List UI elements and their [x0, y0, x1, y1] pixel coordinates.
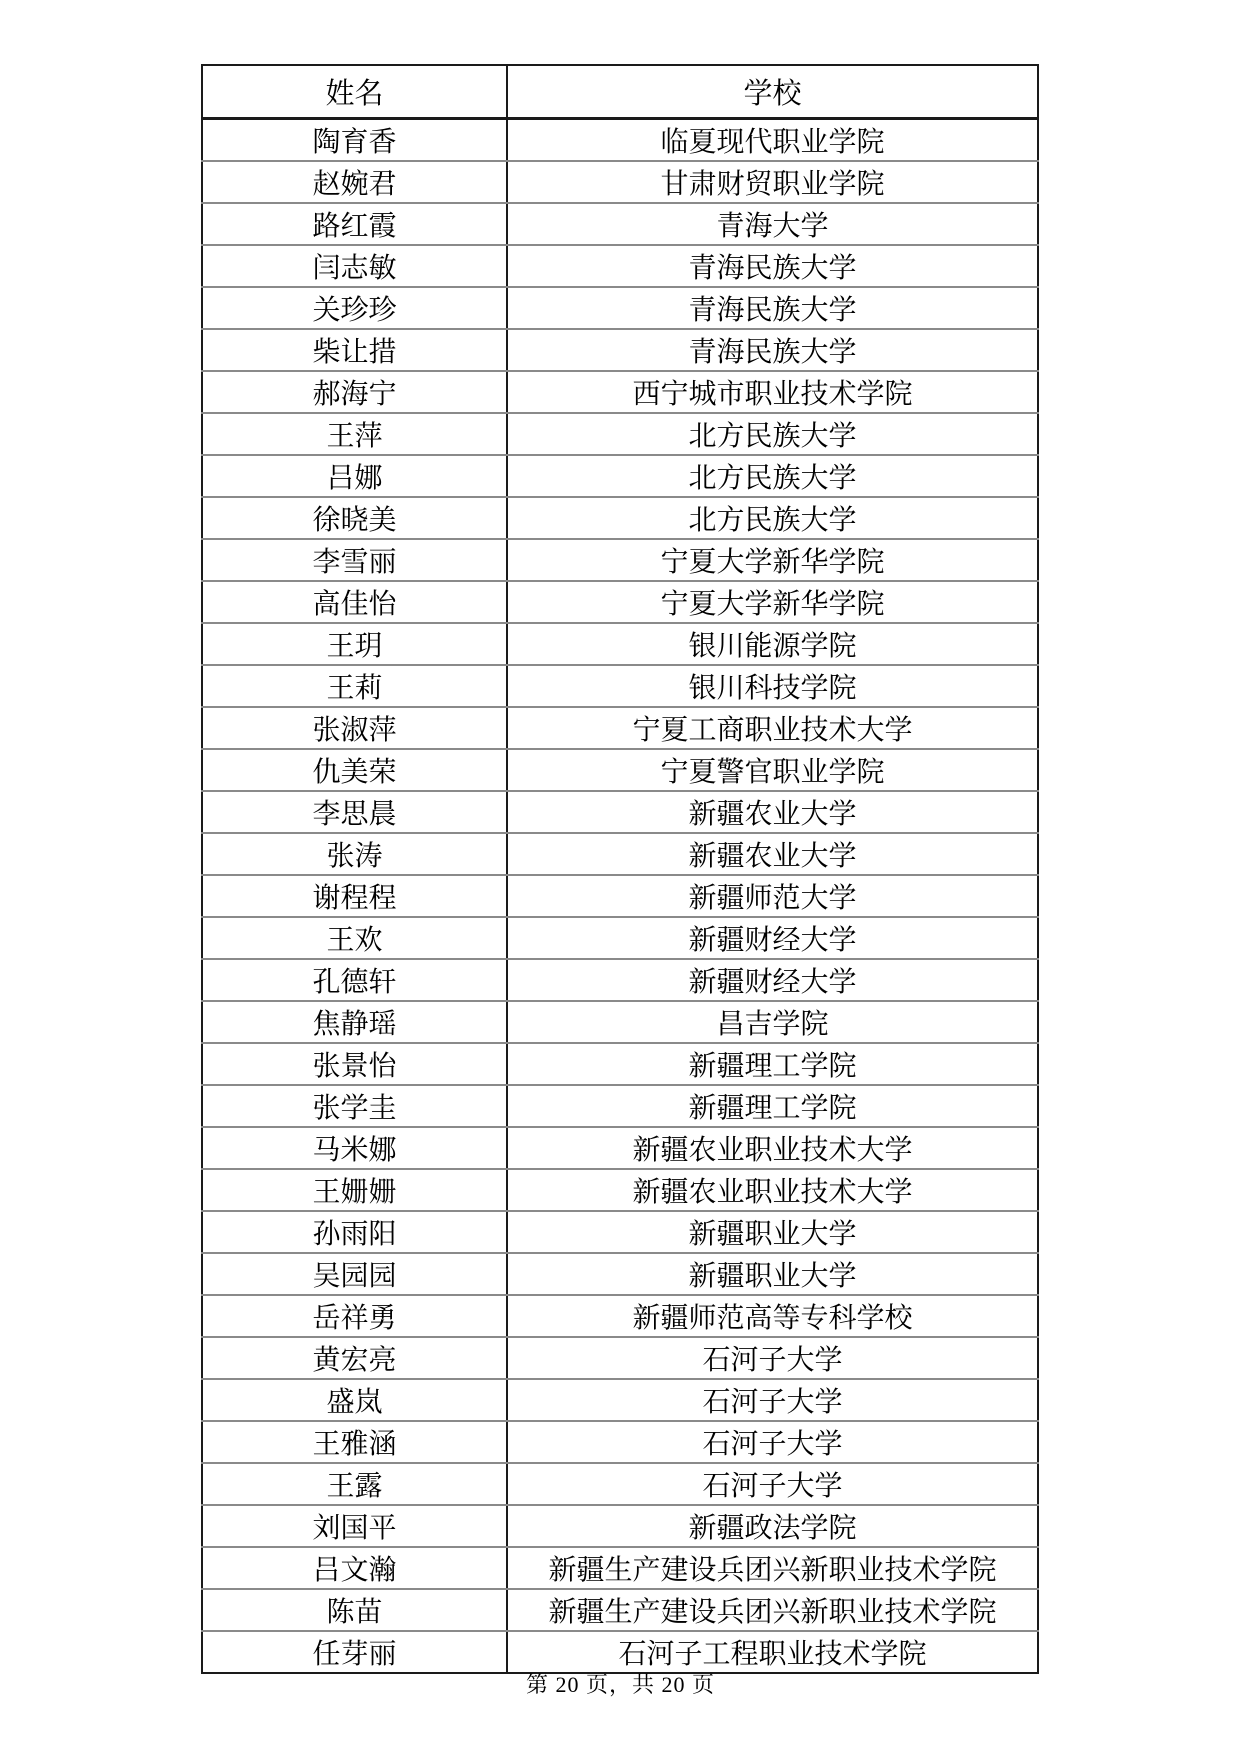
name-cell: 王萍	[202, 413, 507, 455]
table-row: 王萍北方民族大学	[202, 413, 1038, 455]
school-cell: 新疆理工学院	[507, 1043, 1038, 1085]
table-row: 岳祥勇新疆师范高等专科学校	[202, 1295, 1038, 1337]
table-row: 吴园园新疆职业大学	[202, 1253, 1038, 1295]
name-cell: 吕文瀚	[202, 1547, 507, 1589]
school-cell: 新疆理工学院	[507, 1085, 1038, 1127]
school-cell: 新疆生产建设兵团兴新职业技术学院	[507, 1547, 1038, 1589]
name-cell: 刘国平	[202, 1505, 507, 1547]
school-cell: 昌吉学院	[507, 1001, 1038, 1043]
name-cell: 路红霞	[202, 203, 507, 245]
school-cell: 石河子大学	[507, 1421, 1038, 1463]
name-cell: 马米娜	[202, 1127, 507, 1169]
name-cell: 张景怡	[202, 1043, 507, 1085]
name-cell: 孔德轩	[202, 959, 507, 1001]
school-cell: 甘肃财贸职业学院	[507, 161, 1038, 203]
table-row: 张学圭新疆理工学院	[202, 1085, 1038, 1127]
school-cell: 北方民族大学	[507, 497, 1038, 539]
table-row: 闫志敏青海民族大学	[202, 245, 1038, 287]
table-row: 张景怡新疆理工学院	[202, 1043, 1038, 1085]
name-cell: 王莉	[202, 665, 507, 707]
table-row: 王雅涵石河子大学	[202, 1421, 1038, 1463]
table-row: 路红霞青海大学	[202, 203, 1038, 245]
name-cell: 吕娜	[202, 455, 507, 497]
school-cell: 西宁城市职业技术学院	[507, 371, 1038, 413]
school-cell: 新疆生产建设兵团兴新职业技术学院	[507, 1589, 1038, 1631]
column-header-name: 姓名	[202, 65, 507, 119]
table-row: 郝海宁西宁城市职业技术学院	[202, 371, 1038, 413]
school-cell: 临夏现代职业学院	[507, 119, 1038, 162]
name-cell: 岳祥勇	[202, 1295, 507, 1337]
name-cell: 盛岚	[202, 1379, 507, 1421]
name-cell: 张涛	[202, 833, 507, 875]
name-cell: 张淑萍	[202, 707, 507, 749]
table-row: 王欢新疆财经大学	[202, 917, 1038, 959]
name-cell: 徐晓美	[202, 497, 507, 539]
table-row: 关珍珍青海民族大学	[202, 287, 1038, 329]
name-cell: 郝海宁	[202, 371, 507, 413]
table-row: 赵婉君甘肃财贸职业学院	[202, 161, 1038, 203]
name-cell: 孙雨阳	[202, 1211, 507, 1253]
school-cell: 宁夏警官职业学院	[507, 749, 1038, 791]
name-cell: 仇美荣	[202, 749, 507, 791]
school-cell: 新疆农业职业技术大学	[507, 1127, 1038, 1169]
name-cell: 张学圭	[202, 1085, 507, 1127]
name-cell: 焦静瑶	[202, 1001, 507, 1043]
name-cell: 任芽丽	[202, 1631, 507, 1673]
school-cell: 石河子大学	[507, 1379, 1038, 1421]
name-cell: 陈苗	[202, 1589, 507, 1631]
table-row: 孔德轩新疆财经大学	[202, 959, 1038, 1001]
school-cell: 新疆师范大学	[507, 875, 1038, 917]
name-cell: 王欢	[202, 917, 507, 959]
school-cell: 青海民族大学	[507, 329, 1038, 371]
name-cell: 高佳怡	[202, 581, 507, 623]
name-cell: 赵婉君	[202, 161, 507, 203]
table-row: 王玥银川能源学院	[202, 623, 1038, 665]
table-row: 黄宏亮石河子大学	[202, 1337, 1038, 1379]
school-cell: 银川能源学院	[507, 623, 1038, 665]
table-row: 仇美荣宁夏警官职业学院	[202, 749, 1038, 791]
name-cell: 关珍珍	[202, 287, 507, 329]
school-cell: 青海大学	[507, 203, 1038, 245]
table-row: 任芽丽石河子工程职业技术学院	[202, 1631, 1038, 1673]
school-cell: 新疆农业大学	[507, 833, 1038, 875]
name-cell: 黄宏亮	[202, 1337, 507, 1379]
name-cell: 柴让措	[202, 329, 507, 371]
school-cell: 新疆财经大学	[507, 917, 1038, 959]
school-cell: 新疆职业大学	[507, 1253, 1038, 1295]
table-row: 张淑萍宁夏工商职业技术大学	[202, 707, 1038, 749]
school-cell: 石河子大学	[507, 1337, 1038, 1379]
table-row: 徐晓美北方民族大学	[202, 497, 1038, 539]
document-page: 姓名 学校 陶育香临夏现代职业学院赵婉君甘肃财贸职业学院路红霞青海大学闫志敏青海…	[0, 0, 1241, 1754]
name-cell: 王露	[202, 1463, 507, 1505]
name-cell: 王雅涵	[202, 1421, 507, 1463]
table-row: 盛岚石河子大学	[202, 1379, 1038, 1421]
school-cell: 石河子大学	[507, 1463, 1038, 1505]
table-row: 焦静瑶昌吉学院	[202, 1001, 1038, 1043]
roster-table: 姓名 学校 陶育香临夏现代职业学院赵婉君甘肃财贸职业学院路红霞青海大学闫志敏青海…	[201, 64, 1039, 1674]
school-cell: 新疆政法学院	[507, 1505, 1038, 1547]
name-cell: 吴园园	[202, 1253, 507, 1295]
school-cell: 北方民族大学	[507, 455, 1038, 497]
table-row: 李思晨新疆农业大学	[202, 791, 1038, 833]
table-row: 孙雨阳新疆职业大学	[202, 1211, 1038, 1253]
school-cell: 北方民族大学	[507, 413, 1038, 455]
school-cell: 新疆师范高等专科学校	[507, 1295, 1038, 1337]
table-row: 谢程程新疆师范大学	[202, 875, 1038, 917]
table-header: 姓名 学校	[202, 65, 1038, 119]
page-number: 第 20 页，共 20 页	[0, 1668, 1241, 1699]
school-cell: 新疆农业大学	[507, 791, 1038, 833]
table-row: 李雪丽宁夏大学新华学院	[202, 539, 1038, 581]
school-cell: 宁夏大学新华学院	[507, 581, 1038, 623]
name-cell: 王玥	[202, 623, 507, 665]
table-row: 高佳怡宁夏大学新华学院	[202, 581, 1038, 623]
table-row: 王莉银川科技学院	[202, 665, 1038, 707]
school-cell: 宁夏工商职业技术大学	[507, 707, 1038, 749]
table-row: 吕娜北方民族大学	[202, 455, 1038, 497]
name-cell: 闫志敏	[202, 245, 507, 287]
school-cell: 青海民族大学	[507, 245, 1038, 287]
table-row: 王露石河子大学	[202, 1463, 1038, 1505]
name-cell: 谢程程	[202, 875, 507, 917]
name-cell: 王姗姗	[202, 1169, 507, 1211]
school-cell: 新疆财经大学	[507, 959, 1038, 1001]
table-body: 陶育香临夏现代职业学院赵婉君甘肃财贸职业学院路红霞青海大学闫志敏青海民族大学关珍…	[202, 119, 1038, 1674]
table-row: 马米娜新疆农业职业技术大学	[202, 1127, 1038, 1169]
school-cell: 石河子工程职业技术学院	[507, 1631, 1038, 1673]
header-row: 姓名 学校	[202, 65, 1038, 119]
table-row: 刘国平新疆政法学院	[202, 1505, 1038, 1547]
name-cell: 李思晨	[202, 791, 507, 833]
school-cell: 银川科技学院	[507, 665, 1038, 707]
school-cell: 宁夏大学新华学院	[507, 539, 1038, 581]
table-row: 王姗姗新疆农业职业技术大学	[202, 1169, 1038, 1211]
name-cell: 陶育香	[202, 119, 507, 162]
name-cell: 李雪丽	[202, 539, 507, 581]
school-cell: 青海民族大学	[507, 287, 1038, 329]
table-row: 陈苗新疆生产建设兵团兴新职业技术学院	[202, 1589, 1038, 1631]
school-cell: 新疆农业职业技术大学	[507, 1169, 1038, 1211]
table-row: 吕文瀚新疆生产建设兵团兴新职业技术学院	[202, 1547, 1038, 1589]
table-row: 柴让措青海民族大学	[202, 329, 1038, 371]
table-row: 陶育香临夏现代职业学院	[202, 119, 1038, 162]
column-header-school: 学校	[507, 65, 1038, 119]
school-cell: 新疆职业大学	[507, 1211, 1038, 1253]
table-row: 张涛新疆农业大学	[202, 833, 1038, 875]
